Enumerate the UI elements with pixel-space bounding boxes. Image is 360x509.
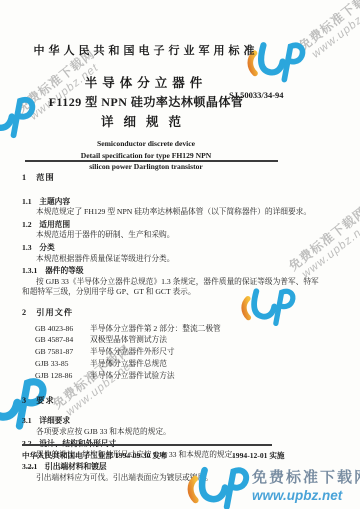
clause-label: 1.2 适用范围 [22,220,324,231]
reference-title: 半导体分立器件试验方法 [81,370,175,382]
clause-label: 1.1 主题内容 [22,197,324,208]
header-divider [25,160,278,162]
reference-title: 半导体分立器件外形尺寸 [81,346,175,358]
reference-item: GJB 33-85 半导体分立器件总规范 [35,358,324,370]
page-number: — 1 — [26,462,70,471]
watermark-site-url: www.upbz.net [293,0,360,74]
reference-item: GB 7581-87 半导体分立器件外形尺寸 [35,346,324,358]
footer-issued-line: 中华人民共和国电子工业部 1994-09-30 发布 [22,450,168,461]
watermark-site-url: www.upbz.net [252,488,360,503]
document-body: 1 范围 1.1 主题内容 本规范规定了 FH129 型 NPN 硅功率达林顿晶… [22,167,324,484]
section-heading-requirements: 3 要求 [22,396,324,407]
standard-class-line: 中华人民共和国电子行业军用标准 [8,42,284,58]
clause-label: 1.3 分类 [22,243,324,254]
reference-title: 双极型晶体管测试方法 [81,334,167,346]
clause-text: 按 GJB 33《半导体分立器件总规范》1.3 条规定，器件质量的保证等级为普军… [22,277,324,298]
clause-text: 本规范适用于器件的研制、生产和采购。 [22,230,324,241]
clause-label: 1.3.1 器件的等级 [22,266,324,277]
document-header: 中华人民共和国电子行业军用标准 半导体分立器件 F1129 型 NPN 硅功率达… [8,42,284,173]
watermark-tile: 免费标准下载网 www.upbz.net [282,0,360,74]
reference-item: GB 4023-86 半导体分立器件第 2 部分：整流二极管 [35,323,324,335]
section-heading-references: 2 引用文件 [22,308,324,319]
standard-document-page: 免费标准下载网 www.upbz.net 免费标准下载网 www.upbz.ne… [0,0,360,509]
reference-code: GJB 33-85 [35,358,81,370]
clause-text: 本规范根据器件质量保证等级进行分类。 [22,254,324,265]
watermark-site-name: 免费标准下载网 [282,0,360,64]
clause-text: 各项要求应按 GJB 33 和本规范的规定。 [22,427,324,438]
watermark-site-name: 免费标准下载网 [252,466,360,487]
clause-label: 3.1 详细要求 [22,416,324,427]
upbz-brand-text: 免费标准下载网 www.upbz.net [252,466,360,503]
reference-code: GB 7581-87 [35,346,81,358]
title-en-line1: Semiconductor discrete device [8,138,284,150]
reference-item: GB 4587-84 双极型晶体管测试方法 [35,334,324,346]
footer-effective-line: 1994-12-01 实施 [232,450,285,461]
section-heading-scope: 1 范围 [22,173,324,184]
reference-item: GJB 128-86 半导体分立器件试验方法 [35,370,324,382]
reference-title: 半导体分立器件总规范 [81,358,167,370]
standard-number: SJ 50033/34-94 [229,90,284,100]
footer-divider [22,444,272,446]
clause-text: 本规范规定了 FH129 型 NPN 硅功率达林顿晶体管（以下简称器件）的详细要… [22,207,324,218]
reference-code: GB 4023-86 [35,323,81,335]
reference-code: GB 4587-84 [35,334,81,346]
reference-list: GB 4023-86 半导体分立器件第 2 部分：整流二极管 GB 4587-8… [35,323,324,382]
reference-code: GJB 128-86 [35,370,81,382]
title-cn-line1: 半导体分立器件 [8,73,284,91]
reference-title: 半导体分立器件第 2 部分：整流二极管 [81,323,221,335]
title-block-cn: 半导体分立器件 F1129 型 NPN 硅功率达林顿晶体管 详细规范 [8,73,284,130]
title-cn-line3: 详细规范 [8,112,284,130]
